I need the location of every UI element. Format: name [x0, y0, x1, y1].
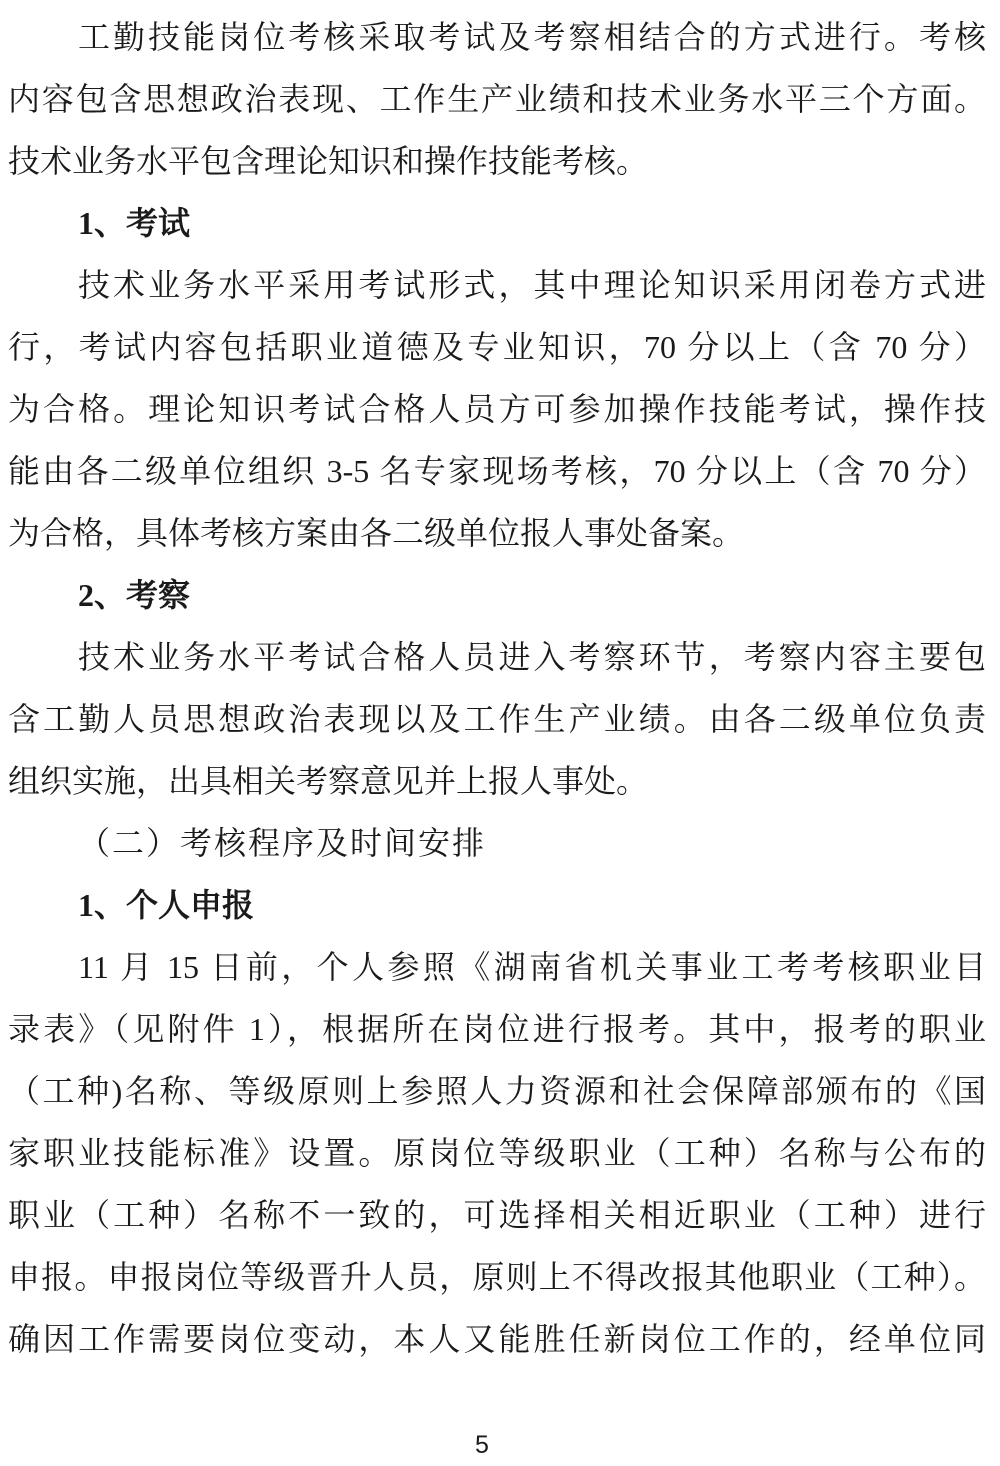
- exam-paragraph-line: 技术业务水平采用考试形式，其中理论知识采用闭卷方式进: [8, 254, 986, 316]
- intro-paragraph-line: 技术业务水平包含理论知识和操作技能考核。: [8, 130, 986, 192]
- exam-paragraph-line: 行，考试内容包括职业道德及专业知识，70 分以上（含 70 分）: [8, 316, 986, 378]
- inspection-paragraph-line: 含工勤人员思想政治表现以及工作生产业绩。由各二级单位负责: [8, 688, 986, 750]
- page-number: 5: [0, 1428, 964, 1462]
- application-paragraph-line: 11 月 15 日前，个人参照《湖南省机关事业工考考核职业目: [8, 936, 986, 998]
- heading-exam: 1、考试: [8, 192, 986, 254]
- heading-procedure-section: （二）考核程序及时间安排: [8, 812, 986, 874]
- heading-inspection: 2、考察: [8, 564, 986, 626]
- exam-paragraph-line: 能由各二级单位组织 3-5 名专家现场考核，70 分以上（含 70 分）: [8, 440, 986, 502]
- exam-paragraph-line: 为合格。理论知识考试合格人员方可参加操作技能考试，操作技: [8, 378, 986, 440]
- intro-paragraph-line: 工勤技能岗位考核采取考试及考察相结合的方式进行。考核: [8, 6, 986, 68]
- inspection-paragraph-line: 技术业务水平考试合格人员进入考察环节，考察内容主要包: [8, 626, 986, 688]
- heading-personal-application: 1、个人申报: [8, 874, 986, 936]
- application-paragraph-line: 录表》（见附件 1），根据所在岗位进行报考。其中，报考的职业: [8, 998, 986, 1060]
- application-paragraph-line: 申报。申报岗位等级晋升人员，原则上不得改报其他职业（工种）。: [8, 1246, 986, 1308]
- inspection-paragraph-line: 组织实施，出具相关考察意见并上报人事处。: [8, 750, 986, 812]
- document-body: 工勤技能岗位考核采取考试及考察相结合的方式进行。考核内容包含思想政治表现、工作生…: [8, 6, 986, 1370]
- application-paragraph-line: 确因工作需要岗位变动，本人又能胜任新岗位工作的，经单位同: [8, 1308, 986, 1370]
- intro-paragraph-line: 内容包含思想政治表现、工作生产业绩和技术业务水平三个方面。: [8, 68, 986, 130]
- exam-paragraph-line: 为合格，具体考核方案由各二级单位报人事处备案。: [8, 502, 986, 564]
- document-page: { "page": { "number": "5" }, "document":…: [0, 0, 1000, 1466]
- application-paragraph-line: 家职业技能标准》设置。原岗位等级职业（工种）名称与公布的: [8, 1122, 986, 1184]
- application-paragraph-line: 职业（工种）名称不一致的，可选择相关相近职业（工种）进行: [8, 1184, 986, 1246]
- application-paragraph-line: （工种)名称、等级原则上参照人力资源和社会保障部颁布的《国: [8, 1060, 986, 1122]
